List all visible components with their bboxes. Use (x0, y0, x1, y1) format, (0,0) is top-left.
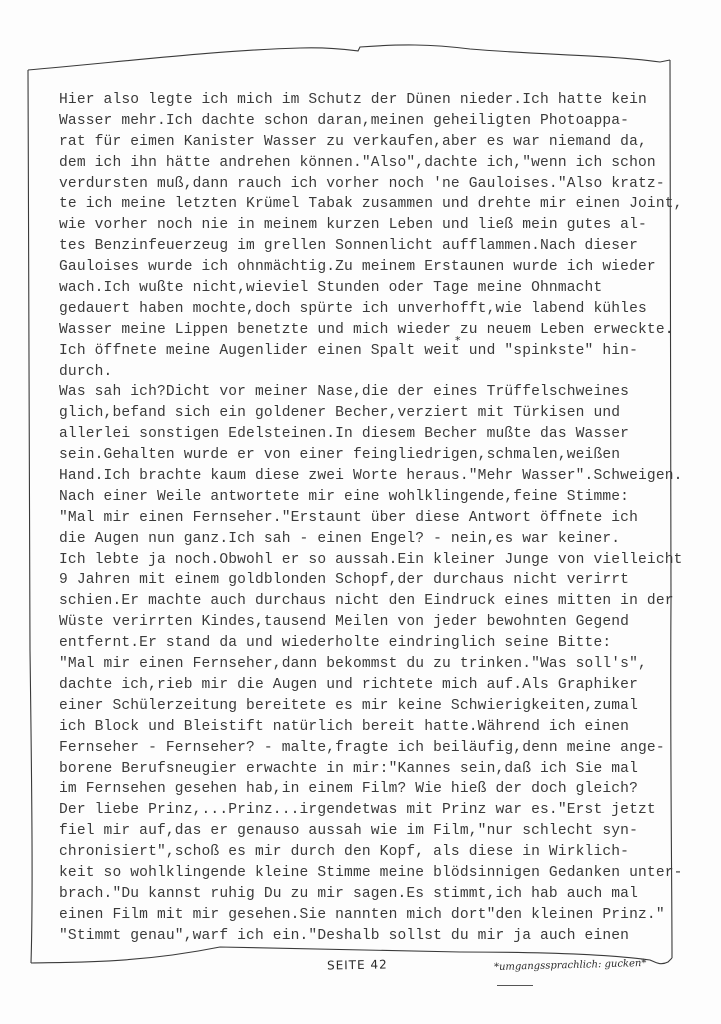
text-line: einen Film mit mir gesehen.Sie nannten m… (59, 905, 699, 926)
text-line: Hand.Ich brachte kaum diese zwei Worte h… (59, 466, 699, 487)
text-line: Was sah ich?Dicht vor meiner Nase,die de… (59, 382, 699, 403)
text-line: te ich meine letzten Krümel Tabak zusamm… (59, 194, 699, 215)
text-line: chronisiert",schoß es mir durch den Kopf… (59, 842, 699, 863)
text-line: verdursten muß,dann rauch ich vorher noc… (59, 174, 699, 195)
text-line: keit so wohlklingende kleine Stimme mein… (59, 863, 699, 884)
text-line: tes Benzinfeuerzeug im grellen Sonnenlic… (59, 236, 699, 257)
text-line: Hier also legte ich mich im Schutz der D… (59, 90, 699, 111)
footnote-asterisk: * (455, 334, 461, 347)
text-line: rat für eimen Kanister Wasser zu verkauf… (59, 132, 699, 153)
text-line: "Stimmt genau",warf ich ein."Deshalb sol… (59, 926, 699, 947)
text-line: Ich öffnete meine Augenlider einen Spalt… (59, 341, 699, 362)
text-line: Gauloises wurde ich ohnmächtig.Zu meinem… (59, 257, 699, 278)
text-line: dachte ich,rieb mir die Augen und richte… (59, 675, 699, 696)
text-line: wie vorher noch nie in meinem kurzen Leb… (59, 215, 699, 236)
text-line: "Mal mir einen Fernseher."Erstaunt über … (59, 508, 699, 529)
text-line: 9 Jahren mit einem goldblonden Schopf,de… (59, 570, 699, 591)
text-line: "Mal mir einen Fernseher,dann bekommst d… (59, 654, 699, 675)
text-line: Fernseher - Fernseher? - malte,fragte ic… (59, 738, 699, 759)
text-line: einer Schülerzeitung bereitete es mir ke… (59, 696, 699, 717)
text-line: wach.Ich wußte nicht,wieviel Stunden ode… (59, 278, 699, 299)
text-line: ich Block und Bleistift natürlich bereit… (59, 717, 699, 738)
text-line: Wüste verirrten Kindes,tausend Meilen vo… (59, 612, 699, 633)
text-line: dem ich ihn hätte andrehen können."Also"… (59, 153, 699, 174)
text-line: allerlei sonstigen Edelsteinen.In diesem… (59, 424, 699, 445)
text-line: Wasser meine Lippen benetzte und mich wi… (59, 320, 699, 341)
text-line: glich,befand sich ein goldener Becher,ve… (59, 403, 699, 424)
text-line: Ich lebte ja noch.Obwohl er so aussah.Ei… (59, 550, 699, 571)
text-line: schien.Er machte auch durchaus nicht den… (59, 591, 699, 612)
text-line: Nach einer Weile antwortete mir eine woh… (59, 487, 699, 508)
handwritten-underline (497, 985, 533, 986)
text-line: die Augen nun ganz.Ich sah - einen Engel… (59, 529, 699, 550)
text-line: entfernt.Er stand da und wiederholte ein… (59, 633, 699, 654)
typewritten-body-text: Hier also legte ich mich im Schutz der D… (59, 90, 699, 947)
page-number-label: SEITE 42 (327, 957, 388, 972)
text-line: brach."Du kannst ruhig Du zu mir sagen.E… (59, 884, 699, 905)
text-line: durch. (59, 362, 699, 383)
text-line: im Fernsehen gesehen hab,in einem Film? … (59, 779, 699, 800)
text-line: borene Berufsneugier erwachte in mir:"Ka… (59, 759, 699, 780)
text-line: Der liebe Prinz,...Prinz...irgendetwas m… (59, 800, 699, 821)
handwritten-footnote: *umgangssprachlich: gucken* (494, 958, 647, 973)
text-line: gedauert haben mochte,doch spürte ich un… (59, 299, 699, 320)
text-line: Wasser mehr.Ich dachte schon daran,meine… (59, 111, 699, 132)
text-line: sein.Gehalten wurde er von einer feingli… (59, 445, 699, 466)
text-line: fiel mir auf,das er genauso aussah wie i… (59, 821, 699, 842)
